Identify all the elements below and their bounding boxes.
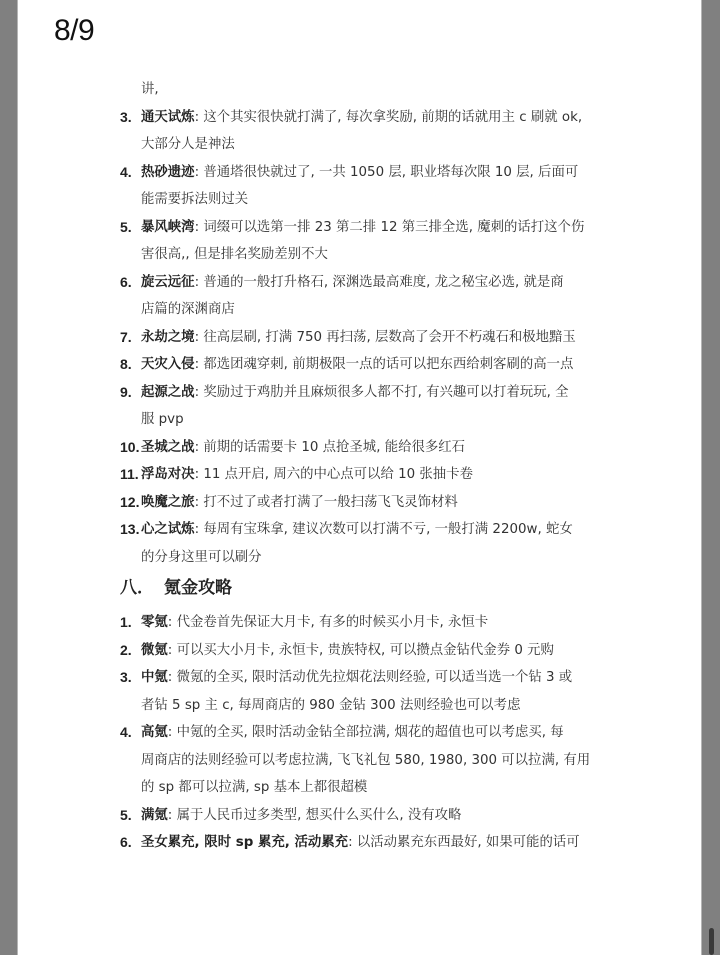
activity-list: 3.通天试炼: 这个其实很快就打满了, 每次拿奖励, 前期的话就用主 c 刷就 … (120, 104, 600, 572)
list-item-text: 满氪: 属于人民币过多类型, 想买什么买什么, 没有攻略 (141, 802, 461, 830)
list-item: 4.高氪: 中氪的全买, 限时活动金钻全部拉满, 烟花的超值也可以考虑买, 每 (120, 719, 600, 747)
list-item-text: 旋云远征: 普通的一般打升格石, 深渊选最高难度, 龙之秘宝必选, 就是商 (141, 269, 564, 297)
list-item-term: 起源之战 (141, 385, 195, 400)
list-item-number: 13. (120, 516, 139, 544)
list-item-body: 普通的一般打升格石, 深渊选最高难度, 龙之秘宝必选, 就是商 (203, 275, 563, 290)
list-item-term: 浮岛对决 (141, 467, 195, 482)
list-item-body: 店篇的深渊商店 (141, 296, 235, 324)
term-separator: : (348, 835, 357, 850)
list-item: 13.心之试炼: 每周有宝珠拿, 建议次数可以打满不亏, 一般打满 2200w,… (120, 516, 600, 544)
list-item-continuation: 能需要拆法则过关 (120, 186, 600, 214)
list-item: 3.中氪: 微氪的全买, 限时活动优先拉烟花法则经验, 可以适当选一个钻 3 或 (120, 664, 600, 692)
list-item-term: 旋云远征 (141, 275, 195, 290)
list-item-body: 词缀可以选第一排 23 第二排 12 第三排全选, 魔刺的话打这个伤 (203, 220, 584, 235)
list-item-number: 6. (120, 829, 132, 857)
list-item-body: 周商店的法则经验可以考虑拉满, 飞飞礼包 580, 1980, 300 可以拉满… (141, 747, 590, 775)
list-item-term: 高氪 (141, 725, 168, 740)
list-item-text: 通天试炼: 这个其实很快就打满了, 每次拿奖励, 前期的话就用主 c 刷就 ok… (141, 104, 582, 132)
list-item: 8.天灾入侵: 都选团魂穿刺, 前期极限一点的话可以把东西给刺客刷的高一点 (120, 351, 600, 379)
list-item-term: 满氪 (141, 808, 168, 823)
list-item-text: 浮岛对决: 11 点开启, 周六的中心点可以给 10 张抽卡卷 (141, 461, 473, 489)
document-page: 8/9 讲, 3.通天试炼: 这个其实很快就打满了, 每次拿奖励, 前期的话就用… (18, 0, 701, 955)
list-item-body: 打不过了或者打满了一般扫荡飞飞灵饰材料 (203, 495, 457, 510)
list-item-number: 11. (120, 461, 139, 489)
list-item-number: 8. (120, 351, 132, 379)
list-item-number: 12. (120, 489, 139, 517)
list-item: 5.满氪: 属于人民币过多类型, 想买什么买什么, 没有攻略 (120, 802, 600, 830)
section-title: 氪金攻略 (164, 578, 232, 598)
list-item-number: 9. (120, 379, 132, 407)
list-item: 6.圣女累充, 限时 sp 累充, 活动累充: 以活动累充东西最好, 如果可能的… (120, 829, 600, 857)
list-item-text: 中氪: 微氪的全买, 限时活动优先拉烟花法则经验, 可以适当选一个钻 3 或 (141, 664, 572, 692)
list-item-number: 2. (120, 637, 132, 665)
list-item-term: 热砂遗迹 (141, 165, 195, 180)
list-item-number: 10. (120, 434, 139, 462)
list-item-body: 每周有宝珠拿, 建议次数可以打满不亏, 一般打满 2200w, 蛇女 (203, 522, 572, 537)
list-item-body: 大部分人是神法 (141, 131, 235, 159)
list-item-term: 暴风峡湾 (141, 220, 195, 235)
list-item-text: 圣城之战: 前期的话需要卡 10 点抢圣城, 能给很多红石 (141, 434, 465, 462)
list-item-body: 害很高,, 但是排名奖励差别不大 (141, 241, 328, 269)
list-item-text: 零氪: 代金卷首先保证大月卡, 有多的时候买小月卡, 永恒卡 (141, 609, 488, 637)
list-item: 4.热砂遗迹: 普通塔很快就过了, 一共 1050 层, 职业塔每次限 10 层… (120, 159, 600, 187)
list-item-continuation: 的分身这里可以刷分 (120, 544, 600, 572)
list-item-continuation: 害很高,, 但是排名奖励差别不大 (120, 241, 600, 269)
list-item-text: 永劫之境: 往高层刷, 打满 750 再扫荡, 层数高了会开不朽魂石和极地黯玉 (141, 324, 576, 352)
list-item-term: 零氪 (141, 615, 168, 630)
list-item: 6.旋云远征: 普通的一般打升格石, 深渊选最高难度, 龙之秘宝必选, 就是商 (120, 269, 600, 297)
list-item-term: 唤魔之旅 (141, 495, 195, 510)
list-item-text: 天灾入侵: 都选团魂穿刺, 前期极限一点的话可以把东西给刺客刷的高一点 (141, 351, 573, 379)
list-item-body: 中氪的全买, 限时活动金钻全部拉满, 烟花的超值也可以考虑买, 每 (177, 725, 564, 740)
list-item-continuation: 周商店的法则经验可以考虑拉满, 飞飞礼包 580, 1980, 300 可以拉满… (120, 747, 600, 775)
list-item-term: 圣女累充, 限时 sp 累充, 活动累充 (141, 835, 348, 850)
list-item-continuation: 大部分人是神法 (120, 131, 600, 159)
list-item-number: 1. (120, 609, 132, 637)
list-item-body: 奖励过于鸡肋并且麻烦很多人都不打, 有兴趣可以打着玩玩, 全 (203, 385, 568, 400)
list-item-text: 高氪: 中氪的全买, 限时活动金钻全部拉满, 烟花的超值也可以考虑买, 每 (141, 719, 564, 747)
list-item-body: 微氪的全买, 限时活动优先拉烟花法则经验, 可以适当选一个钻 3 或 (177, 670, 573, 685)
list-item-text: 唤魔之旅: 打不过了或者打满了一般扫荡飞飞灵饰材料 (141, 489, 458, 517)
spending-list: 1.零氪: 代金卷首先保证大月卡, 有多的时候买小月卡, 永恒卡2.微氪: 可以… (120, 609, 600, 857)
list-item-body: 代金卷首先保证大月卡, 有多的时候买小月卡, 永恒卡 (177, 615, 489, 630)
list-item-term: 圣城之战 (141, 440, 195, 455)
page-counter: 8/9 (54, 14, 94, 48)
list-item: 12.唤魔之旅: 打不过了或者打满了一般扫荡飞飞灵饰材料 (120, 489, 600, 517)
list-item-text: 圣女累充, 限时 sp 累充, 活动累充: 以活动累充东西最好, 如果可能的话可 (141, 829, 580, 857)
list-item-term: 通天试炼 (141, 110, 195, 125)
term-separator: : (168, 615, 177, 630)
scrollbar-thumb[interactable] (709, 928, 714, 955)
list-item-number: 4. (120, 159, 132, 187)
list-item-term: 中氪 (141, 670, 168, 685)
list-item-text: 微氪: 可以买大小月卡, 永恒卡, 贵族特权, 可以攒点金钻代金券 0 元购 (141, 637, 554, 665)
list-item-number: 7. (120, 324, 132, 352)
list-item-number: 5. (120, 802, 132, 830)
list-item-number: 3. (120, 104, 132, 132)
list-item-body: 11 点开启, 周六的中心点可以给 10 张抽卡卷 (203, 467, 473, 482)
list-item: 2.微氪: 可以买大小月卡, 永恒卡, 贵族特权, 可以攒点金钻代金券 0 元购 (120, 637, 600, 665)
list-item-continuation: 店篇的深渊商店 (120, 296, 600, 324)
list-item: 10.圣城之战: 前期的话需要卡 10 点抢圣城, 能给很多红石 (120, 434, 600, 462)
list-item-body: 往高层刷, 打满 750 再扫荡, 层数高了会开不朽魂石和极地黯玉 (203, 330, 575, 345)
list-item-text: 起源之战: 奖励过于鸡肋并且麻烦很多人都不打, 有兴趣可以打着玩玩, 全 (141, 379, 569, 407)
list-item-term: 微氪 (141, 643, 168, 658)
list-item-text: 暴风峡湾: 词缀可以选第一排 23 第二排 12 第三排全选, 魔刺的话打这个伤 (141, 214, 584, 242)
section-heading: 八．氪金攻略 (120, 571, 600, 605)
lead-in-line: 讲, (120, 76, 600, 104)
list-item: 3.通天试炼: 这个其实很快就打满了, 每次拿奖励, 前期的话就用主 c 刷就 … (120, 104, 600, 132)
list-item-body: 能需要拆法则过关 (141, 186, 248, 214)
list-item: 1.零氪: 代金卷首先保证大月卡, 有多的时候买小月卡, 永恒卡 (120, 609, 600, 637)
list-item: 11.浮岛对决: 11 点开启, 周六的中心点可以给 10 张抽卡卷 (120, 461, 600, 489)
list-item: 5.暴风峡湾: 词缀可以选第一排 23 第二排 12 第三排全选, 魔刺的话打这… (120, 214, 600, 242)
list-item-body: 者钻 5 sp 主 c, 每周商店的 980 金钻 300 法则经验也可以考虑 (141, 692, 520, 720)
list-item-continuation: 服 pvp (120, 406, 600, 434)
list-item-body: 前期的话需要卡 10 点抢圣城, 能给很多红石 (203, 440, 465, 455)
list-item-text: 心之试炼: 每周有宝珠拿, 建议次数可以打满不亏, 一般打满 2200w, 蛇女 (141, 516, 573, 544)
list-item-number: 4. (120, 719, 132, 747)
list-item-term: 天灾入侵 (141, 357, 195, 372)
term-separator: : (168, 670, 177, 685)
list-item-body: 属于人民币过多类型, 想买什么买什么, 没有攻略 (177, 808, 462, 823)
list-item-body: 这个其实很快就打满了, 每次拿奖励, 前期的话就用主 c 刷就 ok, (203, 110, 582, 125)
lead-in-text: 讲, (141, 76, 159, 104)
list-item-number: 6. (120, 269, 132, 297)
list-item-body: 的分身这里可以刷分 (141, 544, 262, 572)
term-separator: : (168, 725, 177, 740)
list-item: 9.起源之战: 奖励过于鸡肋并且麻烦很多人都不打, 有兴趣可以打着玩玩, 全 (120, 379, 600, 407)
list-item-number: 5. (120, 214, 132, 242)
list-item-term: 永劫之境 (141, 330, 195, 345)
section-number: 八． (120, 578, 154, 598)
list-item: 7.永劫之境: 往高层刷, 打满 750 再扫荡, 层数高了会开不朽魂石和极地黯… (120, 324, 600, 352)
term-separator: : (168, 643, 177, 658)
list-item-body: 普通塔很快就过了, 一共 1050 层, 职业塔每次限 10 层, 后面可 (203, 165, 578, 180)
document-content: 讲, 3.通天试炼: 这个其实很快就打满了, 每次拿奖励, 前期的话就用主 c … (120, 76, 600, 857)
list-item-number: 3. (120, 664, 132, 692)
list-item-continuation: 者钻 5 sp 主 c, 每周商店的 980 金钻 300 法则经验也可以考虑 (120, 692, 600, 720)
list-item-body: 的 sp 都可以拉满, sp 基本上都很超模 (141, 774, 367, 802)
list-item-body: 可以买大小月卡, 永恒卡, 贵族特权, 可以攒点金钻代金券 0 元购 (177, 643, 554, 658)
term-separator: : (168, 808, 177, 823)
list-item-body: 服 pvp (141, 406, 184, 434)
list-item-body: 以活动累充东西最好, 如果可能的话可 (357, 835, 580, 850)
list-item-text: 热砂遗迹: 普通塔很快就过了, 一共 1050 层, 职业塔每次限 10 层, … (141, 159, 578, 187)
list-item-body: 都选团魂穿刺, 前期极限一点的话可以把东西给刺客刷的高一点 (203, 357, 573, 372)
list-item-continuation: 的 sp 都可以拉满, sp 基本上都很超模 (120, 774, 600, 802)
list-item-term: 心之试炼 (141, 522, 195, 537)
